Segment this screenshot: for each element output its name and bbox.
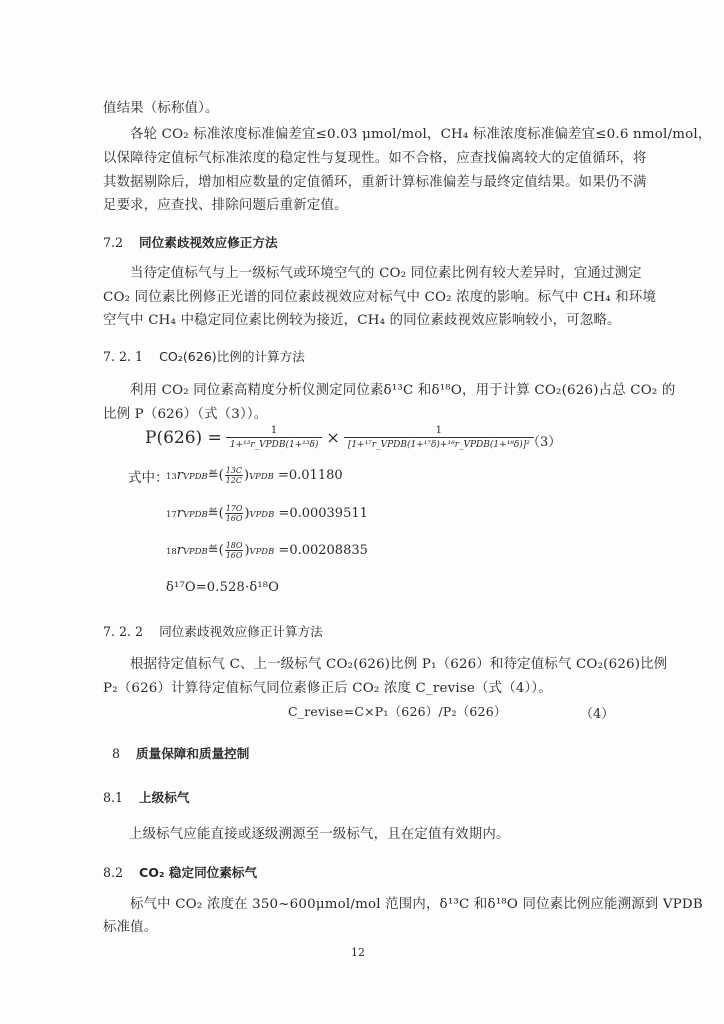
formula-4: C_revise=C×P₁（626）/P₂（626） [288,703,507,721]
equation-number-4: （4） [580,703,614,722]
section-number: 8 [112,746,120,761]
paragraph-line: 标气中 CO₂ 浓度在 350~600μmol/mol 范围内，δ¹³C 和δ¹… [130,896,703,914]
paragraph-line: 以保障待定值标气标准浓度的稳定性与复现性。如不合格，应查找偏离较大的定值循环，将 [103,150,647,168]
paragraph-line: CO₂ 同位素比例修正光谱的同位素歧视效应对标气中 CO₂ 浓度的影响。标气中 … [103,289,656,307]
fraction-1: 1 1+¹³r_VPDB(1+¹³δ) [226,425,323,450]
section-heading-7-2-1: 7. 2. 1CO₂(626)比例的计算方法 [103,346,305,365]
section-title: 同位素歧视效应修正方法 [139,235,278,250]
section-number: 8.2 [103,865,123,880]
paragraph-line: 标准值。 [103,919,157,937]
paragraph-line: 上级标气应能直接或逐级溯源至一级标气，且在定值有效期内。 [129,826,510,844]
section-title: CO₂(626)比例的计算方法 [159,349,305,364]
section-heading-8: 8质量保障和质量控制 [112,743,249,762]
where-label: 式中： [128,470,169,488]
section-title: 质量保障和质量控制 [136,746,249,761]
definition-18r: 18rVPDB≝(18O16O)VPDB =0.00208835 [166,541,368,560]
section-heading-8-1: 8.1上级标气 [103,787,189,806]
paragraph-line: 足要求，应查找、排除问题后重新定值。 [103,197,348,215]
paragraph-line: 利用 CO₂ 同位素高精度分析仪测定同位素δ¹³C 和δ¹⁸O，用于计算 CO₂… [130,382,676,400]
equation-number-3: （3） [527,431,561,450]
paragraph-line: 比例 P（626）（式（3））。 [103,406,267,424]
delta-relation: δ¹⁷O=0.528·δ¹⁸O [166,579,279,597]
section-heading-7-2: 7.2同位素歧视效应修正方法 [103,232,278,251]
paragraph-line: 根据待定值标气 C、上一级标气 CO₂(626)比例 P₁（626）和待定值标气… [130,656,667,674]
section-heading-8-2: 8.2CO₂ 稳定同位素标气 [103,862,257,881]
paragraph-line: 当待定值标气与上一级标气或环境空气的 CO₂ 同位素比例有较大差异时，宜通过测定 [130,265,642,283]
formula-lhs: P(626) = [145,428,222,448]
page-number: 12 [351,946,365,959]
section-number: 7. 2. 2 [103,624,143,639]
section-number: 8.1 [103,790,123,805]
definition-17r: 17rVPDB≝(17O16O)VPDB =0.00039511 [166,504,368,523]
document-page: 值结果（标称值）。 各轮 CO₂ 标准浓度标准偏差宜≤0.03 μmol/mol… [0,0,724,1024]
section-title: CO₂ 稳定同位素标气 [139,865,257,880]
times-operator: × [326,428,339,447]
section-number: 7. 2. 1 [103,349,143,364]
paragraph-line: 各轮 CO₂ 标准浓度标准偏差宜≤0.03 μmol/mol，CH₄ 标准浓度标… [130,126,711,144]
section-heading-7-2-2: 7. 2. 2同位素歧视效应修正计算方法 [103,621,323,640]
paragraph-line: 空气中 CH₄ 中稳定同位素比例较为接近，CH₄ 的同位素歧视效应影响较小，可忽… [103,312,621,330]
paragraph-line: P₂（626）计算待定值标气同位素修正后 CO₂ 浓度 C_revise（式（4… [103,680,552,698]
paragraph-line: 值结果（标称值）。 [103,100,219,118]
section-title: 上级标气 [139,790,189,805]
fraction-2: 1 [1+¹⁷r_VPDB(1+¹⁷δ)+¹⁸r_VPDB(1+¹⁸δ)]² [344,425,534,450]
paragraph-line: 其数据剔除后，增加相应数量的定值循环，重新计算标准偏差与最终定值结果。如果仍不满 [103,174,647,192]
formula-3: P(626) = 1 1+¹³r_VPDB(1+¹³δ) × 1 [1+¹⁷r_… [145,425,538,450]
section-title: 同位素歧视效应修正计算方法 [159,624,323,639]
section-number: 7.2 [103,235,123,250]
definition-13r: 13rVPDB≝(13C12C)VPDB =0.01180 [166,466,343,485]
